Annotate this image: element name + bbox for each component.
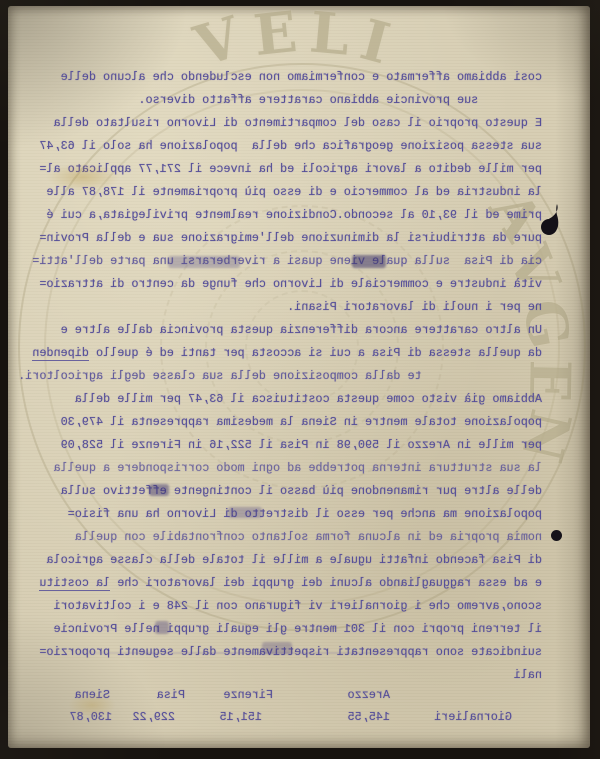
- typed-line: pure da attribuirsi la diminuzione dell'…: [33, 227, 567, 250]
- table-header-firenze: Firenze: [223, 684, 273, 707]
- typed-line: di Pisa facendo infatti uguale a mille i…: [33, 549, 567, 572]
- typed-line: cosi abbiamo affermato e confermiamo non…: [33, 66, 567, 89]
- typed-line: popolazione ma anche per esso il distret…: [33, 503, 567, 526]
- table-value-pisa: 229,22: [133, 706, 175, 729]
- typed-line: la industria ed al commercio e di esso p…: [33, 181, 567, 204]
- typed-line: per mille dedito a lavori agricoli ed ha…: [33, 158, 567, 181]
- typed-line: e ad essa ragguagliando alcuni dei grupp…: [33, 572, 567, 595]
- table-value-arezzo: 145,55: [348, 706, 390, 729]
- table-row-label: Giornalieri: [434, 706, 512, 729]
- mirrored-typewritten-text: cosi abbiamo affermato e confermiamo non…: [33, 66, 567, 687]
- typed-line: sua stessa posizione geografica che dell…: [33, 135, 567, 158]
- typed-line: scono,avremo che i giornalieri vi figura…: [33, 595, 567, 618]
- typed-line: E questo proprio il caso del compartimen…: [33, 112, 567, 135]
- underlined-word: la costitu: [39, 576, 110, 591]
- typed-line: sue provincie abbiano carattere affatto …: [33, 89, 567, 112]
- typed-line: da quella stessa di Pisa a cui si accost…: [33, 342, 567, 365]
- table-header-pisa: Pisa: [157, 684, 185, 707]
- typed-line: te dalla composizione della sua classe d…: [33, 365, 567, 388]
- typed-line: cia di Pisa sulla quale viene quasi a ri…: [33, 250, 567, 273]
- typed-text: da quella stessa di Pisa a cui si accost…: [89, 346, 542, 360]
- underlined-word: dipenden: [32, 346, 89, 361]
- table-header-siena: Siena: [75, 684, 110, 707]
- typed-line: Abbiamo già visto come questa costituisc…: [33, 388, 567, 411]
- table-value-firenze: 151,15: [220, 706, 262, 729]
- typed-line: ne per i nuoli di lavoratori Pisani.: [33, 296, 567, 319]
- table-header-arezzo: Arezzo: [348, 684, 390, 707]
- typed-line: delle altre pur rimanendone più basso il…: [33, 480, 567, 503]
- typed-line: per mille in Arezzo il 590,98 in Pisa il…: [33, 434, 567, 457]
- typed-line: prime ed il 93,10 al secondo.Condizione …: [33, 204, 567, 227]
- typed-line: popolazione totale mentre in Siena la me…: [33, 411, 567, 434]
- typed-line: vità industre e commerciale di Livorno c…: [33, 273, 567, 296]
- typed-line: il terreni propri con il 301 mentre gli …: [33, 618, 567, 641]
- typed-text: e ad essa ragguagliando alcuni dei grupp…: [110, 576, 542, 590]
- scanned-page: { "page": { "description": "Scanned type…: [0, 0, 600, 759]
- typed-line: Un altro carattere ancora differenzia qu…: [33, 319, 567, 342]
- typed-line: suindicate sono rappresentati rispettiva…: [33, 641, 567, 664]
- typed-line: nomia propria ed in alcuna forma soltant…: [33, 526, 567, 549]
- table-value-siena: 130,87: [70, 706, 112, 729]
- typed-line: la sua struttura interna potrebbe ad ogn…: [33, 457, 567, 480]
- typed-line: nali: [33, 664, 567, 687]
